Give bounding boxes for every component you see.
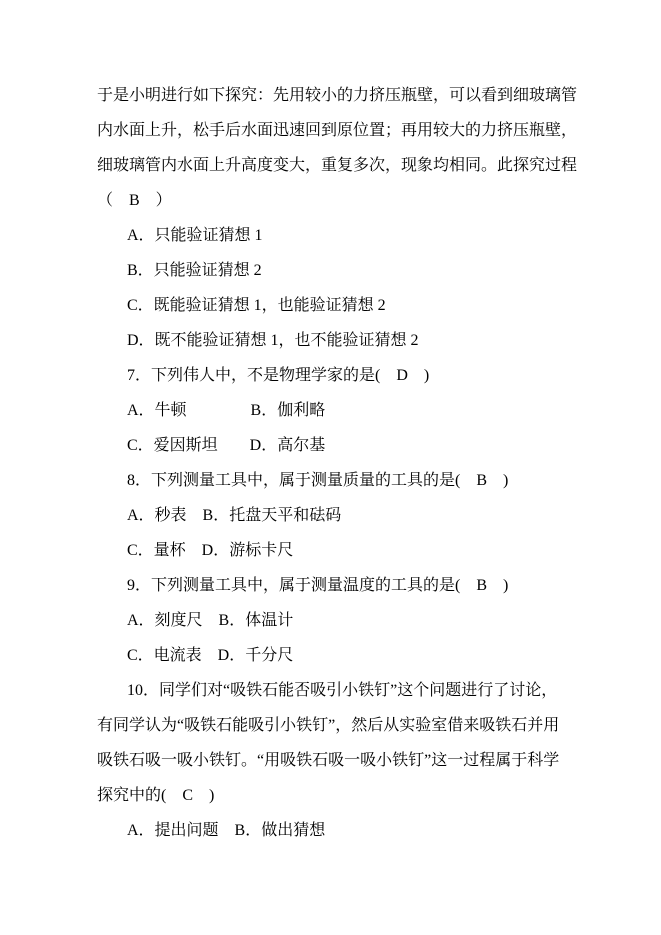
text-line-question9-optionsCD: C．电流表 D．千分尺: [97, 638, 631, 673]
text-line-question6-answer: （ B ）: [97, 183, 631, 218]
text-line-question6-body: 细玻璃管内水面上升高度变大，重复多次，现象均相同。此探究过程: [97, 148, 631, 183]
text-line-question6-optionB: B．只能验证猜想 2: [97, 253, 631, 288]
text-line-question6-optionD: D．既不能验证猜想 1，也不能验证猜想 2: [97, 323, 631, 358]
text-line-question7-optionsCD: C．爱因斯坦 D．高尔基: [97, 428, 631, 463]
text-line-question6-body: 于是小明进行如下探究：先用较小的力挤压瓶壁，可以看到细玻璃管: [97, 78, 631, 113]
text-line-question8-optionsCD: C．量杯 D．游标卡尺: [97, 533, 631, 568]
text-line-question9-stem: 9．下列测量工具中，属于测量温度的工具的是( B ): [97, 568, 631, 603]
text-line-question6-optionC: C．既能验证猜想 1，也能验证猜想 2: [97, 288, 631, 323]
text-line-question7-stem: 7．下列伟人中，不是物理学家的是( D ): [97, 358, 631, 393]
document-page: 于是小明进行如下探究：先用较小的力挤压瓶壁，可以看到细玻璃管 内水面上升，松手后…: [0, 0, 661, 935]
text-line-question7-optionsAB: A．牛顿 B．伽利略: [97, 393, 631, 428]
text-line-question10-answer: 探究中的( C ): [97, 778, 631, 813]
text-line-question9-optionsAB: A．刻度尺 B．体温计: [97, 603, 631, 638]
text-line-question10-body: 有同学认为“吸铁石能吸引小铁钉”，然后从实验室借来吸铁石并用: [97, 708, 631, 743]
text-line-question8-optionsAB: A．秒表 B．托盘天平和砝码: [97, 498, 631, 533]
text-line-question6-optionA: A．只能验证猜想 1: [97, 218, 631, 253]
text-line-question10-optionsAB: A．提出问题 B．做出猜想: [97, 813, 631, 848]
text-line-question8-stem: 8．下列测量工具中，属于测量质量的工具的是( B ): [97, 463, 631, 498]
text-line-question10-body: 吸铁石吸一吸小铁钉。“用吸铁石吸一吸小铁钉”这一过程属于科学: [97, 743, 631, 778]
text-line-question6-body: 内水面上升，松手后水面迅速回到原位置；再用较大的力挤压瓶壁，: [97, 113, 631, 148]
text-line-question10-stem: 10．同学们对“吸铁石能否吸引小铁钉”这个问题进行了讨论，: [97, 673, 631, 708]
